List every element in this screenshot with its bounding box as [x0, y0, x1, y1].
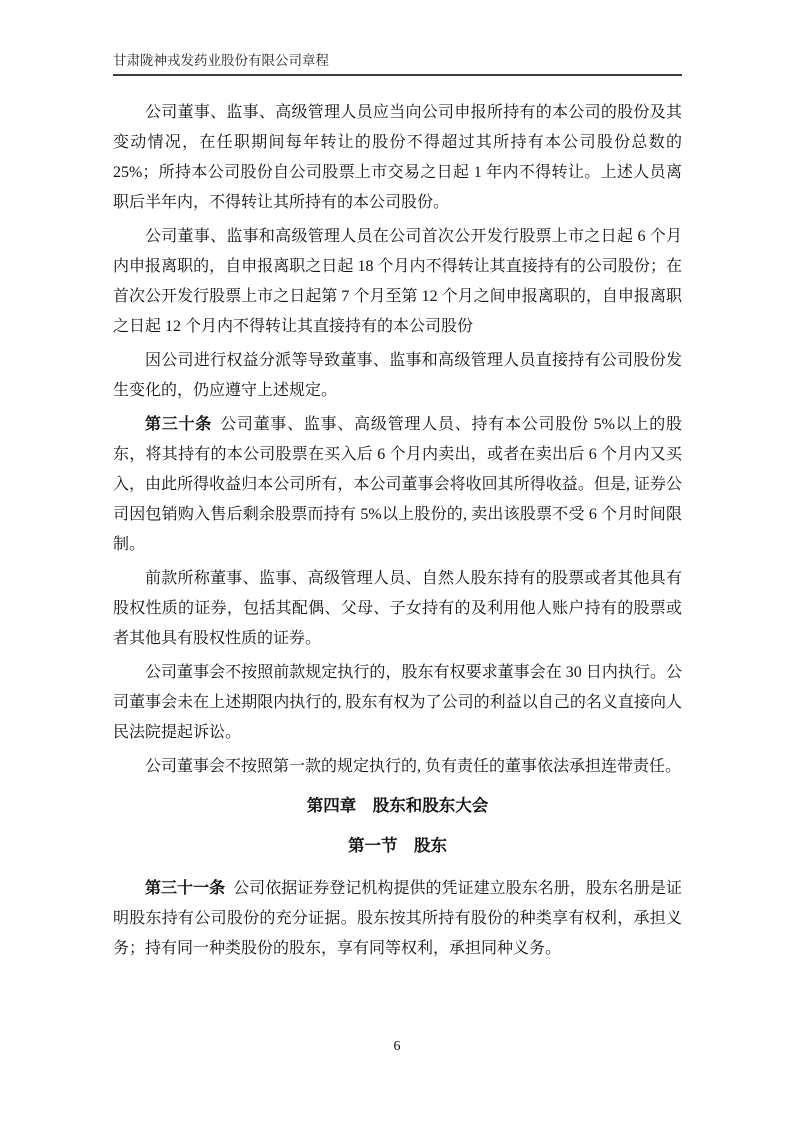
document-content: 公司董事、监事、高级管理人员应当向公司申报所持有的本公司的股份及其变动情况，在任… — [113, 98, 682, 968]
paragraph: 前款所称董事、监事、高级管理人员、自然人股东持有的股票或者其他具有股权性质的证券… — [113, 564, 682, 654]
article-number: 第三十条 — [145, 416, 212, 433]
paragraph-article-30: 第三十条公司董事、监事、高级管理人员、持有本公司股份 5%以上的股东，将其持有的… — [113, 410, 682, 560]
paragraph-text: 公司董事、监事、高级管理人员应当向公司申报所持有的本公司的股份及其变动情况，在任… — [113, 104, 682, 211]
section-heading: 第一节 股东 — [113, 831, 682, 861]
page-footer: 6 — [0, 1038, 794, 1056]
paragraph-text: 公司董事、监事和高级管理人员在公司首次公开发行股票上市之日起 6 个月内申报离职… — [113, 228, 682, 335]
paragraph-text: 公司董事、监事、高级管理人员、持有本公司股份 5%以上的股东，将其持有的本公司股… — [113, 416, 682, 553]
document-page: 甘肃陇神戎发药业股份有限公司章程 公司董事、监事、高级管理人员应当向公司申报所持… — [0, 0, 794, 1122]
paragraph: 公司董事会不按照前款规定执行的，股东有权要求董事会在 30 日内执行。公司董事会… — [113, 658, 682, 748]
paragraph: 公司董事会不按照第一款的规定执行的, 负有责任的董事依法承担连带责任。 — [113, 752, 682, 782]
paragraph: 公司董事、监事、高级管理人员应当向公司申报所持有的本公司的股份及其变动情况，在任… — [113, 98, 682, 218]
paragraph-article-31: 第三十一条公司依据证券登记机构提供的凭证建立股东名册，股东名册是证明股东持有公司… — [113, 874, 682, 964]
paragraph-text: 公司董事会不按照第一款的规定执行的, 负有责任的董事依法承担连带责任。 — [145, 758, 681, 775]
article-number: 第三十一条 — [145, 880, 225, 897]
header-title: 甘肃陇神戎发药业股份有限公司章程 — [113, 53, 329, 68]
page-header: 甘肃陇神戎发药业股份有限公司章程 — [113, 53, 682, 76]
paragraph-text: 公司董事会不按照前款规定执行的，股东有权要求董事会在 30 日内执行。公司董事会… — [113, 664, 682, 741]
paragraph-text: 前款所称董事、监事、高级管理人员、自然人股东持有的股票或者其他具有股权性质的证券… — [113, 570, 682, 647]
paragraph: 公司董事、监事和高级管理人员在公司首次公开发行股票上市之日起 6 个月内申报离职… — [113, 222, 682, 342]
chapter-heading: 第四章 股东和股东大会 — [113, 791, 682, 821]
page-number: 6 — [394, 1039, 401, 1054]
paragraph: 因公司进行权益分派等导致董事、监事和高级管理人员直接持有公司股份发生变化的，仍应… — [113, 346, 682, 406]
paragraph-text: 因公司进行权益分派等导致董事、监事和高级管理人员直接持有公司股份发生变化的，仍应… — [113, 352, 682, 399]
